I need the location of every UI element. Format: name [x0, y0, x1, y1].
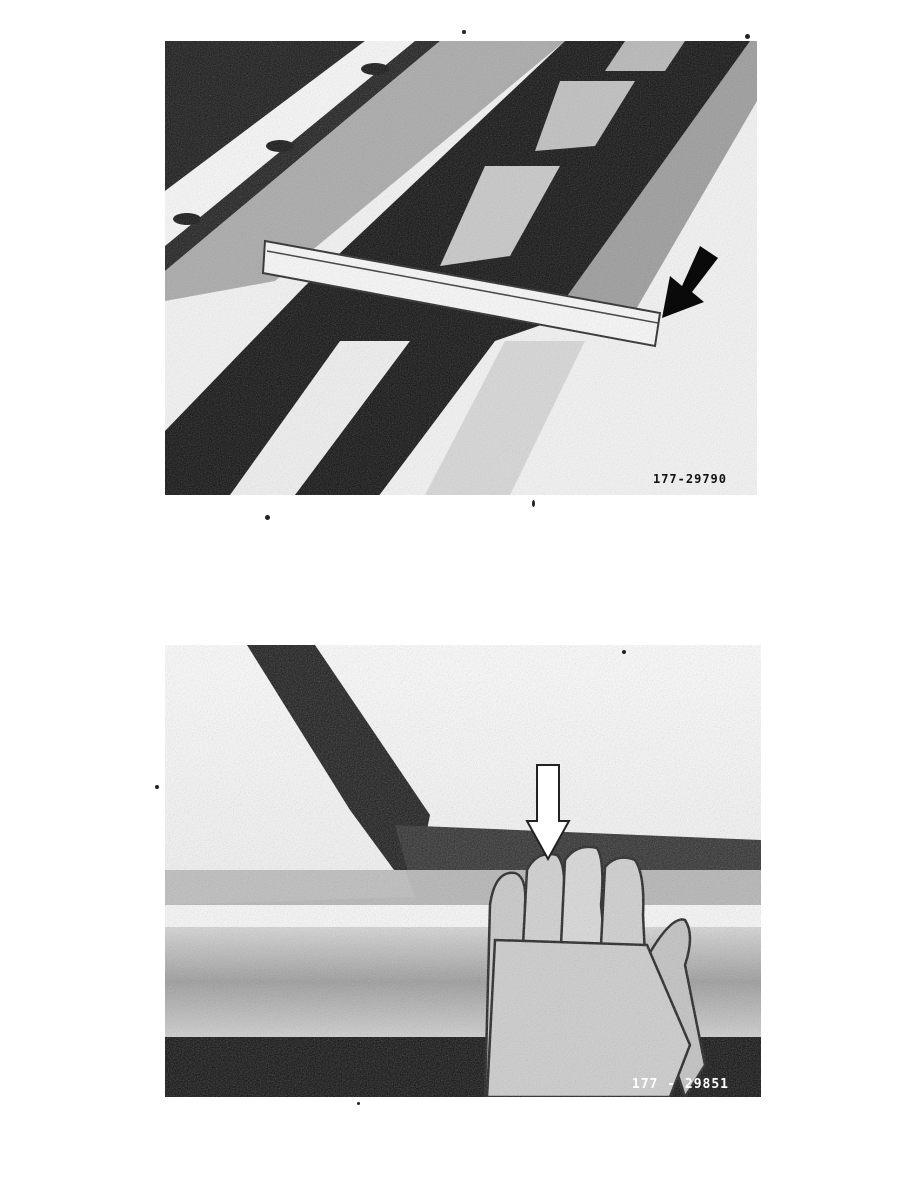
scan-speck	[357, 1102, 360, 1105]
scan-speck	[745, 34, 750, 39]
figure-number-top: 177-29790	[653, 472, 727, 486]
figure-photo-bottom: 177 - 29851	[165, 645, 761, 1097]
scan-speck	[462, 30, 466, 34]
roof-trim-hand-illustration	[165, 645, 761, 1097]
arrow-down-left-icon	[660, 246, 720, 321]
arrow-down-icon	[525, 763, 571, 861]
scan-speck	[532, 500, 535, 507]
scan-speck	[622, 650, 626, 654]
figure-number-bottom: 177 - 29851	[632, 1077, 729, 1092]
scan-speck	[265, 515, 270, 520]
figure-photo-top: 177-29790	[165, 41, 757, 495]
scan-speck	[155, 785, 159, 789]
